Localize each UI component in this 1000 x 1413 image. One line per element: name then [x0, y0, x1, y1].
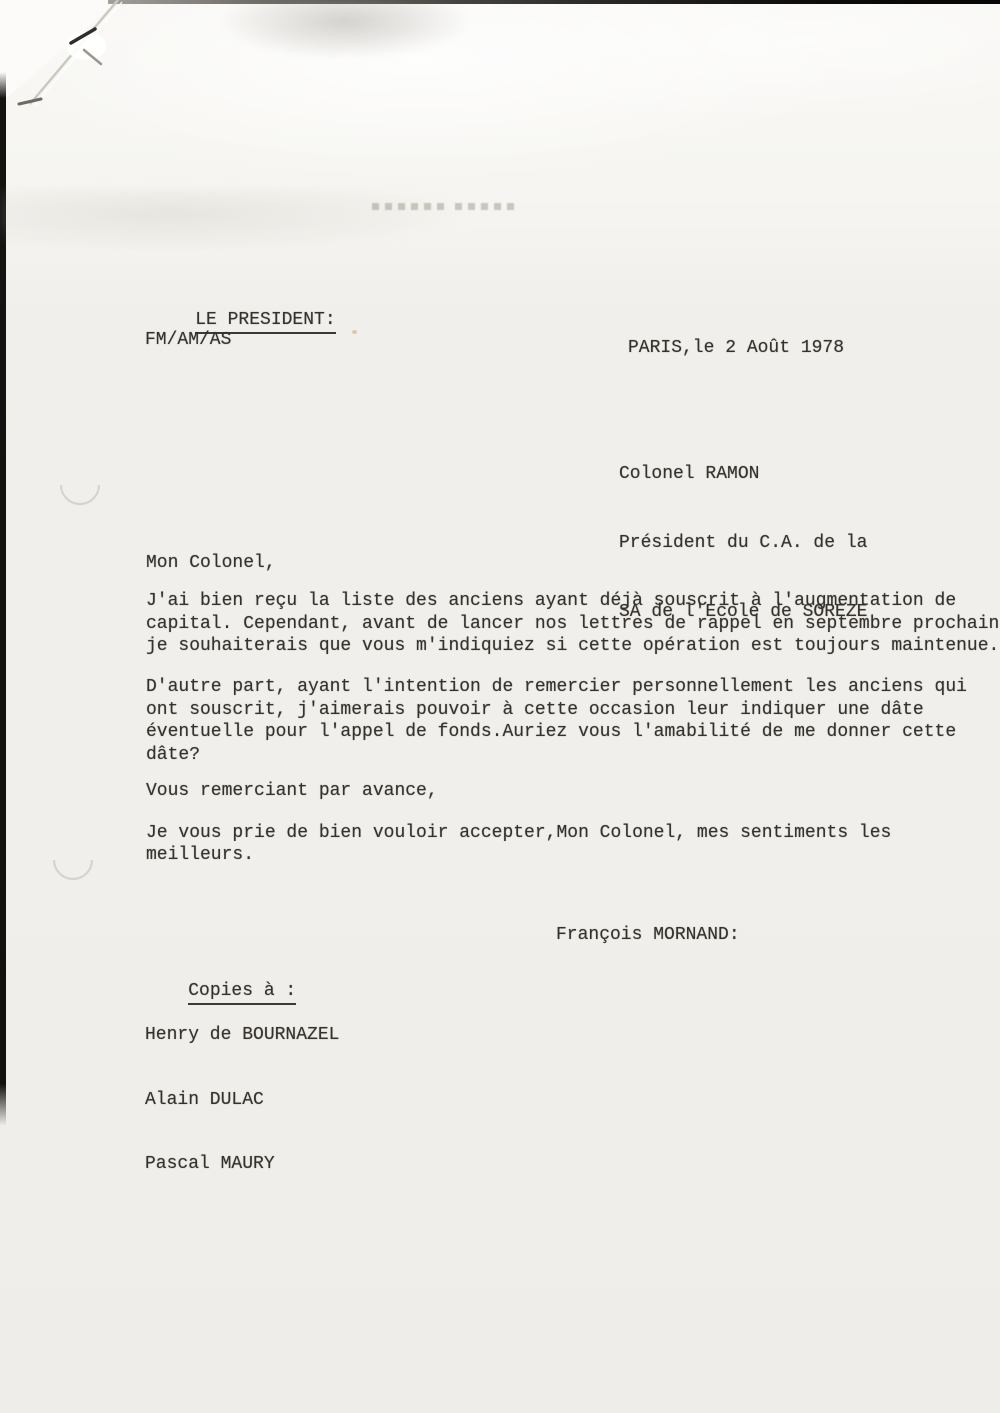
- recipient-title: Président du C.A. de la: [619, 532, 867, 555]
- copy-recipient: Henry de BOURNAZEL: [145, 1025, 339, 1047]
- copy-recipient: Alain DULAC: [145, 1090, 339, 1112]
- salutation: Mon Colonel,: [146, 552, 276, 575]
- body-paragraph-2: D'autre part, ayant l'intention de remer…: [146, 676, 967, 766]
- punch-hole-impression: [61, 485, 99, 504]
- body-paragraph-1: J'ai bien reçu la liste des anciens ayan…: [146, 590, 999, 658]
- body-paragraph-3: Vous remerciant par avance,: [146, 780, 438, 803]
- copy-recipient: Pascal MAURY: [145, 1154, 339, 1176]
- reference-initials: FM/AM/AS: [145, 329, 231, 352]
- closing-paragraph: Je vous prie de bien vouloir accepter,Mo…: [146, 822, 891, 866]
- punch-hole-impression: [54, 860, 92, 879]
- copies-list: Henry de BOURNAZEL Alain DULAC Pascal MA…: [145, 982, 339, 1219]
- recipient-name: Colonel RAMON: [619, 463, 867, 486]
- dateline: PARIS,le 2 Août 1978: [628, 337, 844, 360]
- signature-name: François MORNAND:: [556, 924, 740, 947]
- scanned-letter-page: LE PRESIDENT: FM/AM/AS PARIS,le 2 Août 1…: [0, 0, 1000, 1413]
